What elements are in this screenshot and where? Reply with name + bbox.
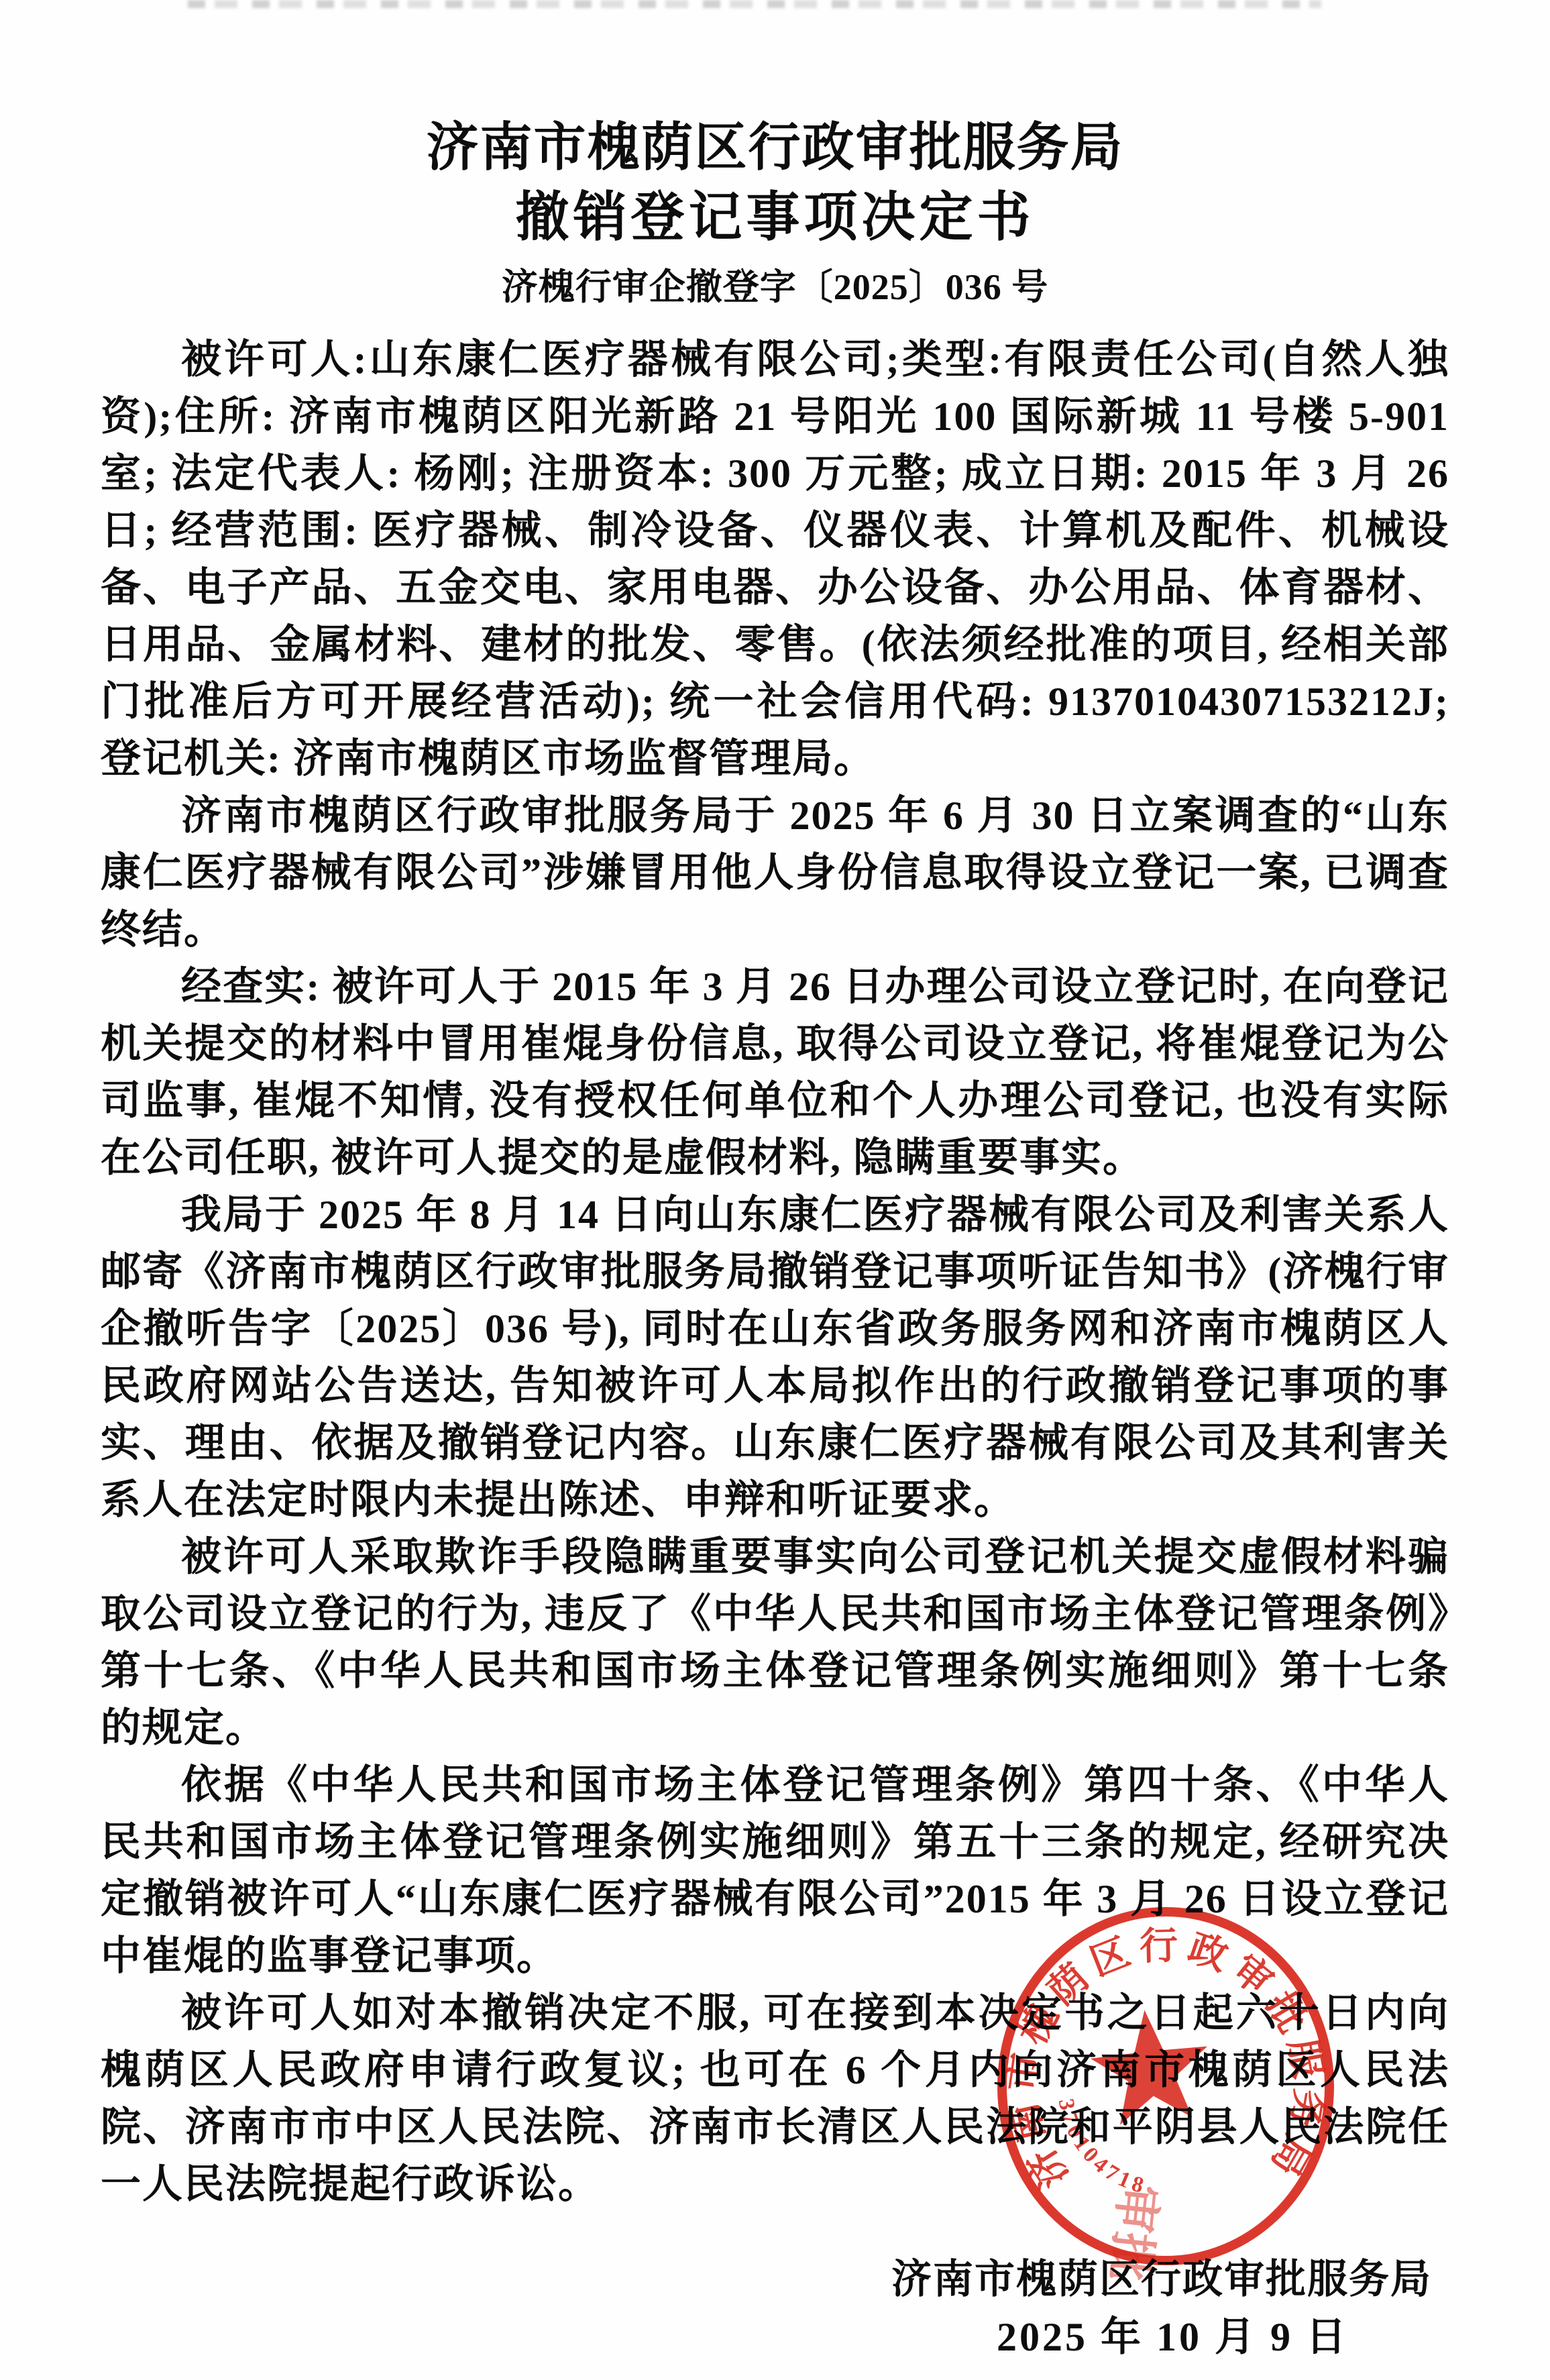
body-paragraph: 经查实: 被许可人于 2015 年 3 月 26 日办理公司设立登记时, 在向登… xyxy=(101,959,1449,1187)
document-number: 济槐行审企撤登字〔2025〕036 号 xyxy=(0,259,1550,315)
body-paragraph: 我局于 2025 年 8 月 14 日向山东康仁医疗器械有限公司及利害关系人邮寄… xyxy=(101,1187,1449,1529)
signature-agency: 济南市槐荫区行政审批服务局 xyxy=(0,2251,1550,2308)
body-paragraph: 济南市槐荫区行政审批服务局于 2025 年 6 月 30 日立案调查的“山东康仁… xyxy=(101,788,1449,959)
body-paragraph: 依据《中华人民共和国市场主体登记管理条例》第四十条、《中华人民共和国市场主体登记… xyxy=(101,1757,1449,1985)
page-title-doctype: 撤销登记事项决定书 xyxy=(0,182,1550,254)
document-page: 济南市槐荫区行政审批服务局 撤销登记事项决定书 济槐行审企撤登字〔2025〕03… xyxy=(0,0,1550,2380)
document-body: 被许可人:山东康仁医疗器械有限公司;类型:有限责任公司(自然人独资);住所: 济… xyxy=(0,331,1550,2213)
body-paragraph: 被许可人如对本撤销决定不服, 可在接到本决定书之日起六十日内向槐荫区人民政府申请… xyxy=(101,1985,1449,2213)
signature-date: 2025 年 10 月 9 日 xyxy=(0,2308,1550,2366)
document-header: 济南市槐荫区行政审批服务局 撤销登记事项决定书 济槐行审企撤登字〔2025〕03… xyxy=(0,0,1550,315)
body-paragraph: 被许可人采取欺诈手段隐瞒重要事实向公司登记机关提交虚假材料骗取公司设立登记的行为… xyxy=(101,1529,1449,1757)
body-paragraph: 被许可人:山东康仁医疗器械有限公司;类型:有限责任公司(自然人独资);住所: 济… xyxy=(101,331,1449,788)
signature-block: 济南市槐荫区行政审批服务局 2025 年 10 月 9 日 xyxy=(0,2251,1550,2366)
cutoff-text-remnant xyxy=(188,0,1321,8)
page-title-agency: 济南市槐荫区行政审批服务局 xyxy=(0,113,1550,182)
